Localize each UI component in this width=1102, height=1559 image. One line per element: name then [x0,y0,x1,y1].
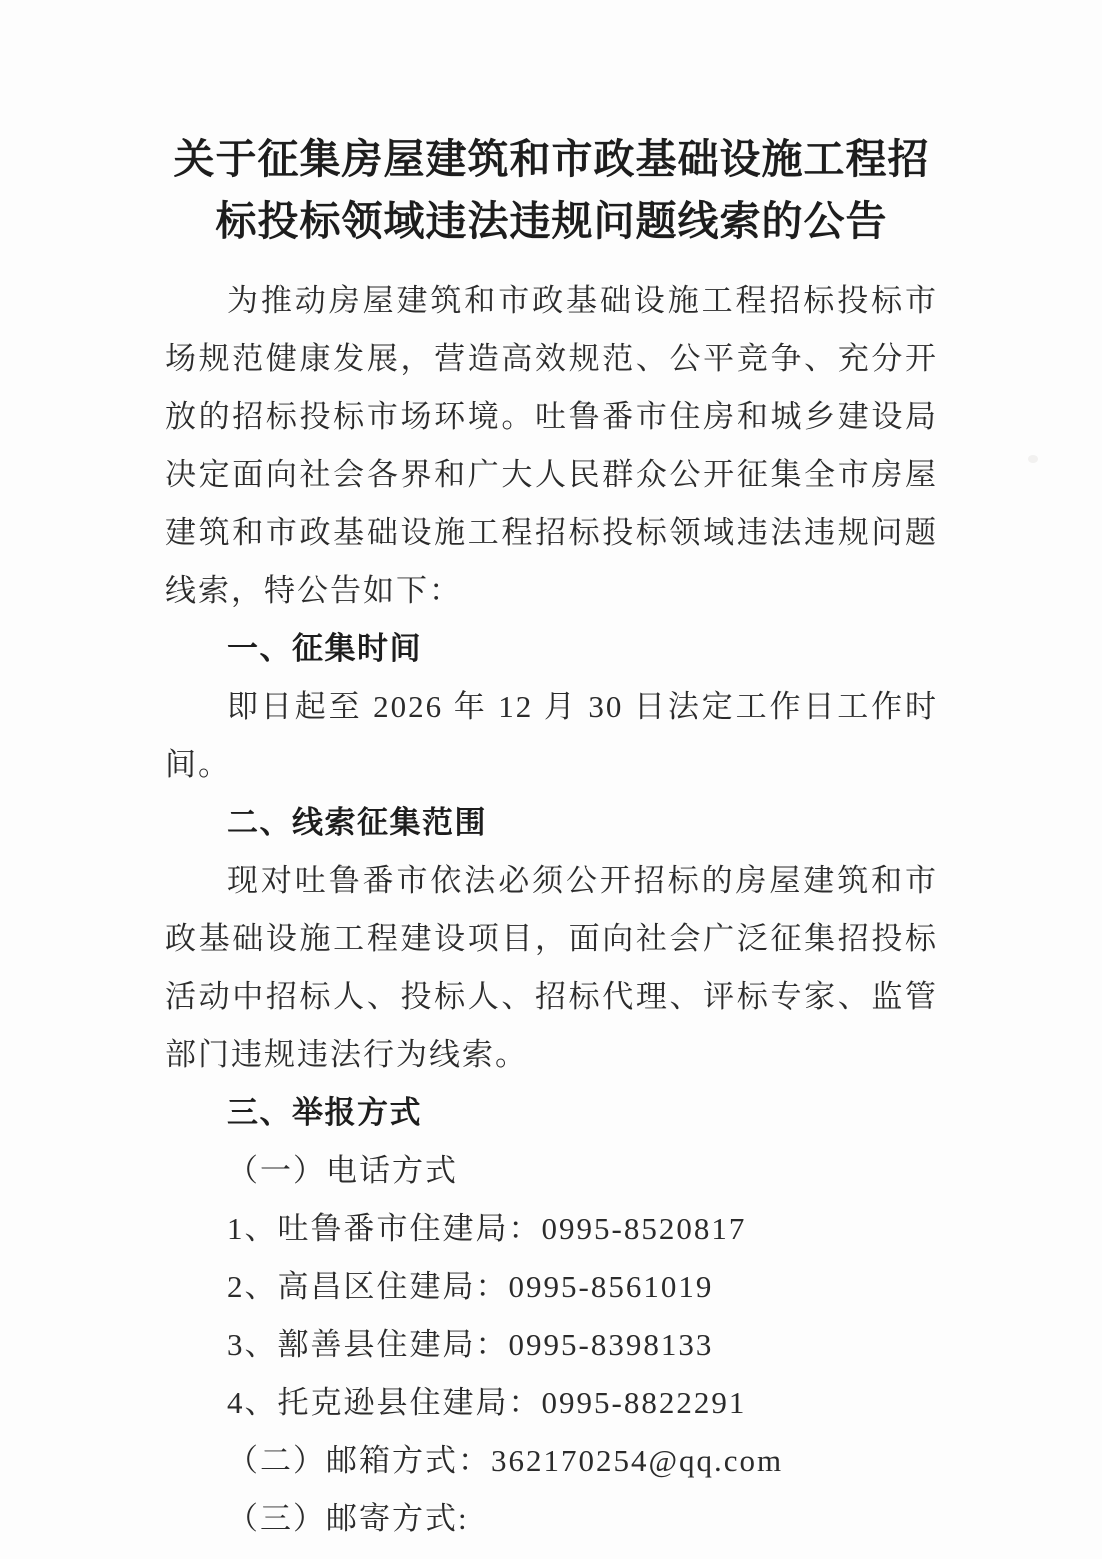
phone-line-shanshan: 3、鄯善县住建局：0995-8398133 [165,1316,938,1374]
section-1-body: 即日起至 2026 年 12 月 30 日法定工作日工作时间。 [165,678,938,794]
phone-line-gaochang: 2、高昌区住建局：0995-8561019 [165,1258,938,1316]
phone-line-tuokexun: 4、托克逊县住建局：0995-8822291 [165,1374,938,1432]
page-title-line-2: 标投标领域违法违规问题线索的公告 [216,198,888,244]
section-2-body: 现对吐鲁番市依法必须公开招标的房屋建筑和市政基础设施工程建设项目，面向社会广泛征… [165,852,938,1084]
page-title-line-1: 关于征集房屋建筑和市政基础设施工程招 [174,136,930,182]
page-title: 关于征集房屋建筑和市政基础设施工程招 标投标领域违法违规问题线索的公告 [165,128,938,252]
email-method-line: （二）邮箱方式：362170254@qq.com [165,1432,938,1490]
phone-method-heading: （一）电话方式 [165,1142,938,1200]
phone-line-turpan: 1、吐鲁番市住建局：0995-8520817 [165,1200,938,1258]
announcement-page: 关于征集房屋建筑和市政基础设施工程招 标投标领域违法违规问题线索的公告 为推动房… [0,0,1102,1559]
intro-paragraph: 为推动房屋建筑和市政基础设施工程招标投标市场规范健康发展，营造高效规范、公平竞争… [165,272,938,620]
section-3-heading: 三、举报方式 [165,1084,938,1142]
section-2-heading: 二、线索征集范围 [165,794,938,852]
mail-method-line: （三）邮寄方式: [165,1490,938,1548]
scan-smudge [1028,455,1038,463]
section-1-heading: 一、征集时间 [165,620,938,678]
